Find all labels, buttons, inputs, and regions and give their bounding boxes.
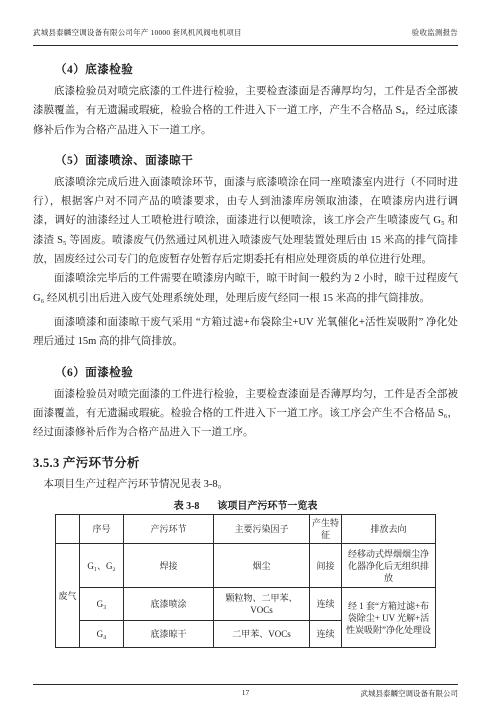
- cell-factors: 烟尘: [214, 544, 310, 588]
- section-353-intro: 本项目生产过程产污环节情况见表 3-8。: [33, 476, 458, 494]
- section-heading-6: （6）面漆检验: [33, 364, 458, 380]
- cell-feature: 连续: [310, 621, 342, 648]
- header-cell-no: 序号: [80, 515, 124, 544]
- section-heading-4: （4）底漆检验: [33, 61, 458, 77]
- header-project-title: 武城县泰麟空调设备有限公司年产 10000 套风机风阀电机项目: [33, 27, 242, 38]
- page-content: （4）底漆检验 底漆检验员对喷完底漆的工件进行检验，主要检查漆面是否薄厚均匀，工…: [33, 52, 458, 648]
- section-5-paragraph-2: 面漆喷涂完毕后的工件需要在喷漆房内晾干，晾干时间一般约为 2 小时，晾干过程废气…: [33, 269, 458, 308]
- cell-destination-merged: 经 1 套“方箱过滤+布袋除尘+ UV 光解+活性炭吸附”净化处理设: [342, 588, 436, 648]
- cell-stage: 底漆喷涂: [124, 588, 214, 621]
- cell-stage: 底漆晾干: [124, 621, 214, 648]
- header-cell-stage: 产污环节: [124, 515, 214, 544]
- document-page: 武城县泰麟空调设备有限公司年产 10000 套风机风阀电机项目 验收监测报告 （…: [0, 0, 488, 705]
- running-header: 武城县泰麟空调设备有限公司年产 10000 套风机风阀电机项目 验收监测报告: [33, 27, 458, 46]
- header-cell-destination: 排放去向: [342, 515, 436, 544]
- table-row: 废气 G₁、G₂ 焊接 烟尘 间接 经移动式焊烟烟尘净化器净化后无组织排放: [56, 544, 436, 588]
- cell-no: G₁、G₂: [80, 544, 124, 588]
- page-number: 17: [33, 688, 458, 697]
- section-5-paragraph-1: 底漆喷涂完成后进入面漆喷涂环节，面漆与底漆喷涂在同一座喷漆室内进行（不同时进行）…: [33, 173, 458, 269]
- table-header-row: 序号 产污环节 主要污染因子 产生特征 排放去向: [56, 515, 436, 544]
- table-caption: 表 3-8该项目产污环节一览表: [33, 497, 458, 512]
- cell-no: G₄: [80, 621, 124, 648]
- cell-factors: 二甲苯、VOCs: [214, 621, 310, 648]
- running-footer: 17 武城县泰麟空调设备有限公司: [33, 684, 458, 701]
- header-cell-factors: 主要污染因子: [214, 515, 310, 544]
- cell-stage: 焊接: [124, 544, 214, 588]
- group-label-cell: 废气: [56, 544, 80, 648]
- section-4-paragraph: 底漆检验员对喷完底漆的工件进行检验，主要检查漆面是否薄厚均匀，工件是否全部被漆膜…: [33, 82, 458, 140]
- cell-destination: 经移动式焊烟烟尘净化器净化后无组织排放: [342, 544, 436, 588]
- table-caption-label: 表 3-8: [174, 501, 200, 512]
- section-heading-5: （5）面漆喷涂、面漆晾干: [33, 152, 458, 168]
- header-cell-feature: 产生特征: [310, 515, 342, 544]
- table-row: G₃ 底漆喷涂 颗粒物、二甲苯、VOCs 连续 经 1 套“方箱过滤+布袋除尘+…: [56, 588, 436, 621]
- section-5-paragraph-3: 面漆喷漆和面漆晾干废气采用 “方箱过滤+布袋除尘+UV 光氧催化+活性炭吸附” …: [33, 313, 458, 352]
- table-caption-title: 该项目产污环节一览表: [217, 501, 317, 512]
- cell-feature: 间接: [310, 544, 342, 588]
- header-cell-group: [56, 515, 80, 544]
- pollution-stages-table: 序号 产污环节 主要污染因子 产生特征 排放去向 废气 G₁、G₂ 焊接 烟尘 …: [55, 514, 436, 648]
- section-6-paragraph: 面漆检验员对喷完面漆的工件进行检验，主要检查漆面是否薄厚均匀，工件是否全部被面漆…: [33, 385, 458, 443]
- cell-feature: 连续: [310, 588, 342, 621]
- section-heading-353: 3.5.3 产污环节分析: [33, 453, 458, 471]
- cell-factors: 颗粒物、二甲苯、VOCs: [214, 588, 310, 621]
- cell-no: G₃: [80, 588, 124, 621]
- header-report-type: 验收监测报告: [412, 27, 458, 38]
